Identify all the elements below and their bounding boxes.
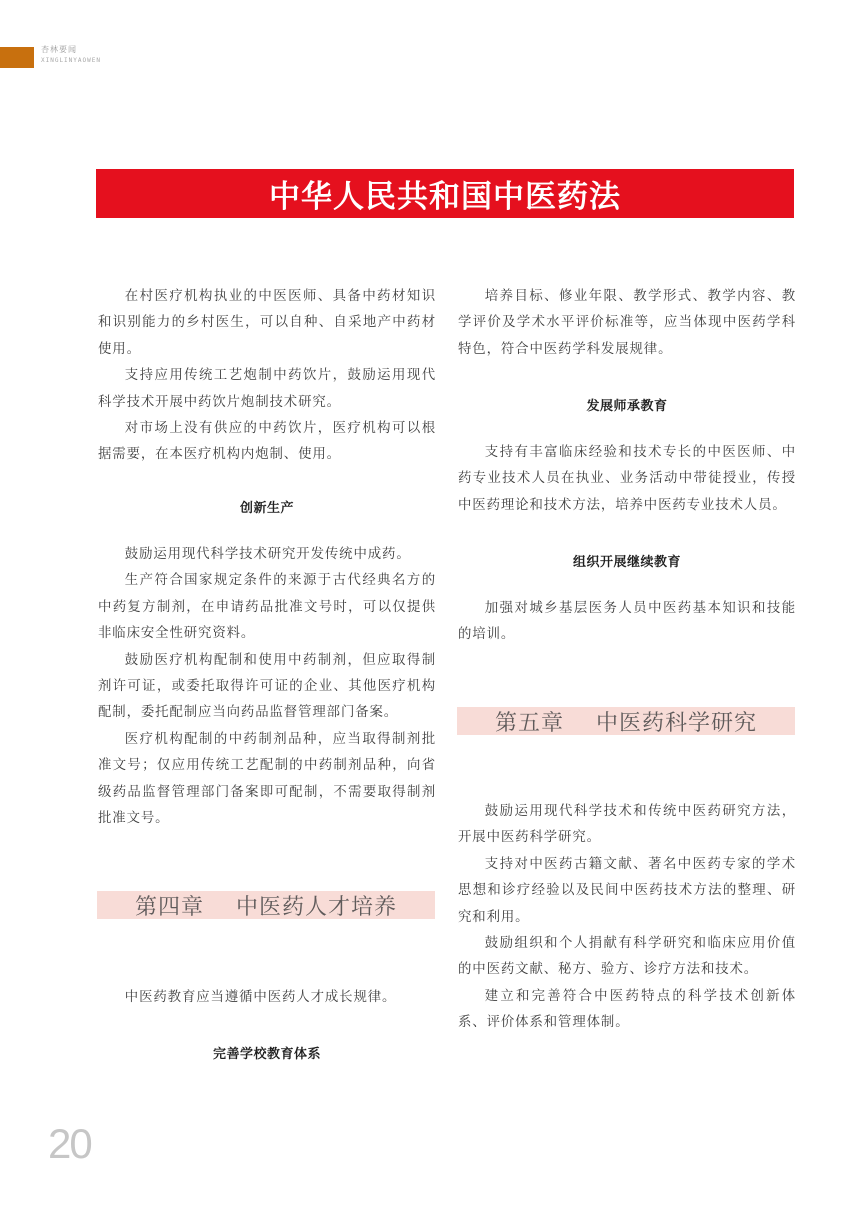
paragraph: 支持对中医药古籍文献、著名中医药专家的学术思想和诊疗经验以及民间中医药技术方法的… (458, 852, 796, 931)
chapter-number: 第五章 (495, 706, 564, 737)
page-title: 中华人民共和国中医药法 (269, 171, 621, 216)
section-name-en: XINGLINYAOWEN (41, 58, 101, 64)
chapter-number: 第四章 (135, 890, 204, 921)
chapter-4-heading: 第四章 中医药人才培养 (97, 891, 435, 919)
continuing-body: 加强对城乡基层医务人员中医药基本知识和技能的培训。 (458, 596, 796, 649)
chapter-5-heading: 第五章 中医药科学研究 (457, 707, 795, 735)
section-name-cn: 杏林要闻 (41, 46, 101, 54)
page-number: 20 (48, 1120, 91, 1168)
research-body: 鼓励运用现代科学技术和传统中医药研究方法，开展中医药科学研究。 支持对中医药古籍… (458, 799, 796, 1037)
paragraph: 在村医疗机构执业的中医医师、具备中药材知识和识别能力的乡村医生，可以自种、自采地… (98, 284, 436, 363)
paragraph: 生产符合国家规定条件的来源于古代经典名方的中药复方制剂，在申请药品批准文号时，可… (98, 568, 436, 647)
paragraph: 中医药教育应当遵循中医药人才成长规律。 (98, 985, 436, 1011)
section-heading-continuing: 组织开展继续教育 (458, 551, 796, 570)
innovation-body: 鼓励运用现代科学技术研究开发传统中成药。 生产符合国家规定条件的来源于古代经典名… (98, 542, 436, 832)
left-intro: 在村医疗机构执业的中医医师、具备中药材知识和识别能力的乡村医生，可以自种、自采地… (98, 284, 436, 469)
paragraph: 鼓励运用现代科学技术研究开发传统中成药。 (98, 542, 436, 568)
mentorship-body: 支持有丰富临床经验和技术专长的中医医师、中药专业技术人员在执业、业务活动中带徒授… (458, 440, 796, 519)
paragraph: 支持有丰富临床经验和技术专长的中医医师、中药专业技术人员在执业、业务活动中带徒授… (458, 440, 796, 519)
title-banner: 中华人民共和国中医药法 (96, 169, 794, 218)
paragraph: 鼓励运用现代科学技术和传统中医药研究方法，开展中医药科学研究。 (458, 799, 796, 852)
running-header: 杏林要闻 XINGLINYAOWEN (41, 46, 101, 64)
chapter-title: 中医药科学研究 (596, 706, 757, 737)
paragraph: 建立和完善符合中医药特点的科学技术创新体系、评价体系和管理体制。 (458, 984, 796, 1037)
chapter-title: 中医药人才培养 (236, 890, 397, 921)
paragraph: 支持应用传统工艺炮制中药饮片，鼓励运用现代科学技术开展中药饮片炮制技术研究。 (98, 363, 436, 416)
school-body: 培养目标、修业年限、教学形式、教学内容、教学评价及学术水平评价标准等，应当体现中… (458, 284, 796, 363)
paragraph: 医疗机构配制的中药制剂品种，应当取得制剂批准文号；仅应用传统工艺配制的中药制剂品… (98, 727, 436, 833)
chapter-4-intro: 中医药教育应当遵循中医药人才成长规律。 (98, 985, 436, 1011)
section-heading-mentorship: 发展师承教育 (458, 395, 796, 414)
paragraph: 鼓励组织和个人捐献有科学研究和临床应用价值的中医药文献、秘方、验方、诊疗方法和技… (458, 931, 796, 984)
section-heading-innovation: 创新生产 (98, 497, 436, 516)
paragraph: 培养目标、修业年限、教学形式、教学内容、教学评价及学术水平评价标准等，应当体现中… (458, 284, 796, 363)
section-tag-block (0, 47, 34, 68)
paragraph: 加强对城乡基层医务人员中医药基本知识和技能的培训。 (458, 596, 796, 649)
paragraph: 对市场上没有供应的中药饮片，医疗机构可以根据需要，在本医疗机构内炮制、使用。 (98, 416, 436, 469)
paragraph: 鼓励医疗机构配制和使用中药制剂，但应取得制剂许可证，或委托取得许可证的企业、其他… (98, 648, 436, 727)
section-heading-school: 完善学校教育体系 (98, 1043, 436, 1062)
